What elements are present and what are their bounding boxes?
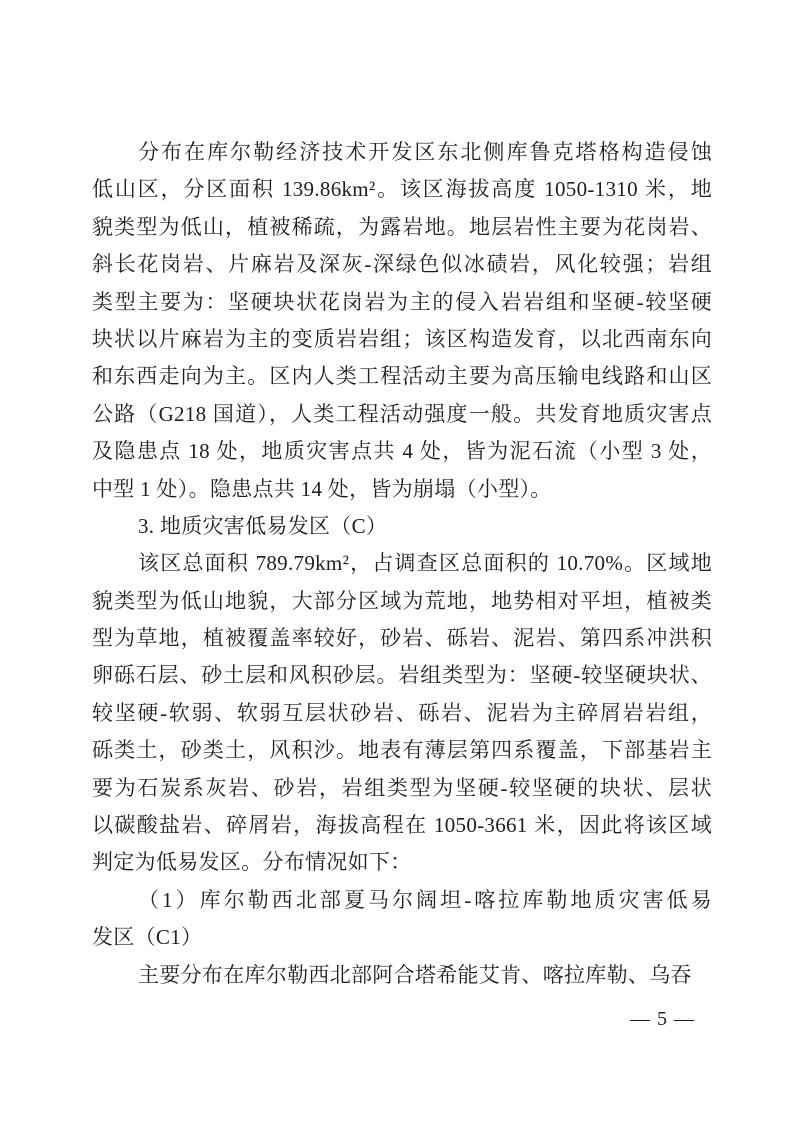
text-line: 及隐患点 18 处，地质灾害点共 4 处，皆为泥石流（小型 3 处，	[92, 433, 712, 470]
text-line: 以碳酸盐岩、碎屑岩，海拔高程在 1050-3661 米，因此将该区域	[92, 807, 712, 844]
text-line: 分布在库尔勒经济技术开发区东北侧库鲁克塔格构造侵蚀	[92, 134, 712, 171]
text-line: 要为石炭系灰岩、砂岩，岩组类型为坚硬-较坚硬的块状、层状	[92, 770, 712, 807]
text-line: 型为草地，植被覆盖率较好，砂岩、砾岩、泥岩、第四系冲洪积	[92, 620, 712, 657]
text-line: 低山区，分区面积 139.86km²。该区海拔高度 1050-1310 米，地	[92, 171, 712, 208]
paragraph: 主要分布在库尔勒西北部阿合塔希能艾肯、喀拉库勒、乌吞	[92, 957, 712, 994]
heading-line: （1）库尔勒西北部夏马尔阔坦-喀拉库勒地质灾害低易	[92, 882, 712, 919]
text-line: 较坚硬-软弱、软弱互层状砂岩、砾岩、泥岩为主碎屑岩岩组，	[92, 695, 712, 732]
text-line: 中型 1 处）。隐患点共 14 处，皆为崩塌（小型）。	[92, 471, 712, 508]
page-number: — 5 —	[630, 1006, 695, 1032]
text-line: 斜长花岗岩、片麻岩及深灰-深绿色似冰碛岩，风化较强；岩组	[92, 246, 712, 283]
heading-line: 发区（C1）	[92, 919, 712, 956]
heading-line: 3. 地质灾害低易发区（C）	[92, 508, 712, 545]
text-line: 貌类型为低山地貌，大部分区域为荒地，地势相对平坦，植被类	[92, 583, 712, 620]
paragraph: 该区总面积 789.79km²，占调查区总面积的 10.70%。区域地 貌类型为…	[92, 545, 712, 882]
text-line: 公路（G218 国道），人类工程活动强度一般。共发育地质灾害点	[92, 396, 712, 433]
section-heading: 3. 地质灾害低易发区（C）	[92, 508, 712, 545]
text-line: 和东西走向为主。区内人类工程活动主要为高压输电线路和山区	[92, 358, 712, 395]
text-line: 砾类土，砂类土，风积沙。地表有薄层第四系覆盖，下部基岩主	[92, 732, 712, 769]
page-body-text: 分布在库尔勒经济技术开发区东北侧库鲁克塔格构造侵蚀 低山区，分区面积 139.8…	[92, 134, 712, 994]
text-line: 貌类型为低山，植被稀疏，为露岩地。地层岩性主要为花岗岩、	[92, 209, 712, 246]
paragraph: 分布在库尔勒经济技术开发区东北侧库鲁克塔格构造侵蚀 低山区，分区面积 139.8…	[92, 134, 712, 508]
text-line: 判定为低易发区。分布情况如下：	[92, 844, 712, 881]
text-line: 类型主要为：坚硬块状花岗岩为主的侵入岩岩组和坚硬-较坚硬	[92, 284, 712, 321]
document-page: 分布在库尔勒经济技术开发区东北侧库鲁克塔格构造侵蚀 低山区，分区面积 139.8…	[0, 0, 793, 1122]
subsection-heading: （1）库尔勒西北部夏马尔阔坦-喀拉库勒地质灾害低易 发区（C1）	[92, 882, 712, 957]
text-line: 卵砾石层、砂土层和风积砂层。岩组类型为：坚硬-较坚硬块状、	[92, 657, 712, 694]
text-line: 主要分布在库尔勒西北部阿合塔希能艾肯、喀拉库勒、乌吞	[92, 957, 712, 994]
text-line: 块状以片麻岩为主的变质岩岩组；该区构造发育，以北西南东向	[92, 321, 712, 358]
text-line: 该区总面积 789.79km²，占调查区总面积的 10.70%。区域地	[92, 545, 712, 582]
